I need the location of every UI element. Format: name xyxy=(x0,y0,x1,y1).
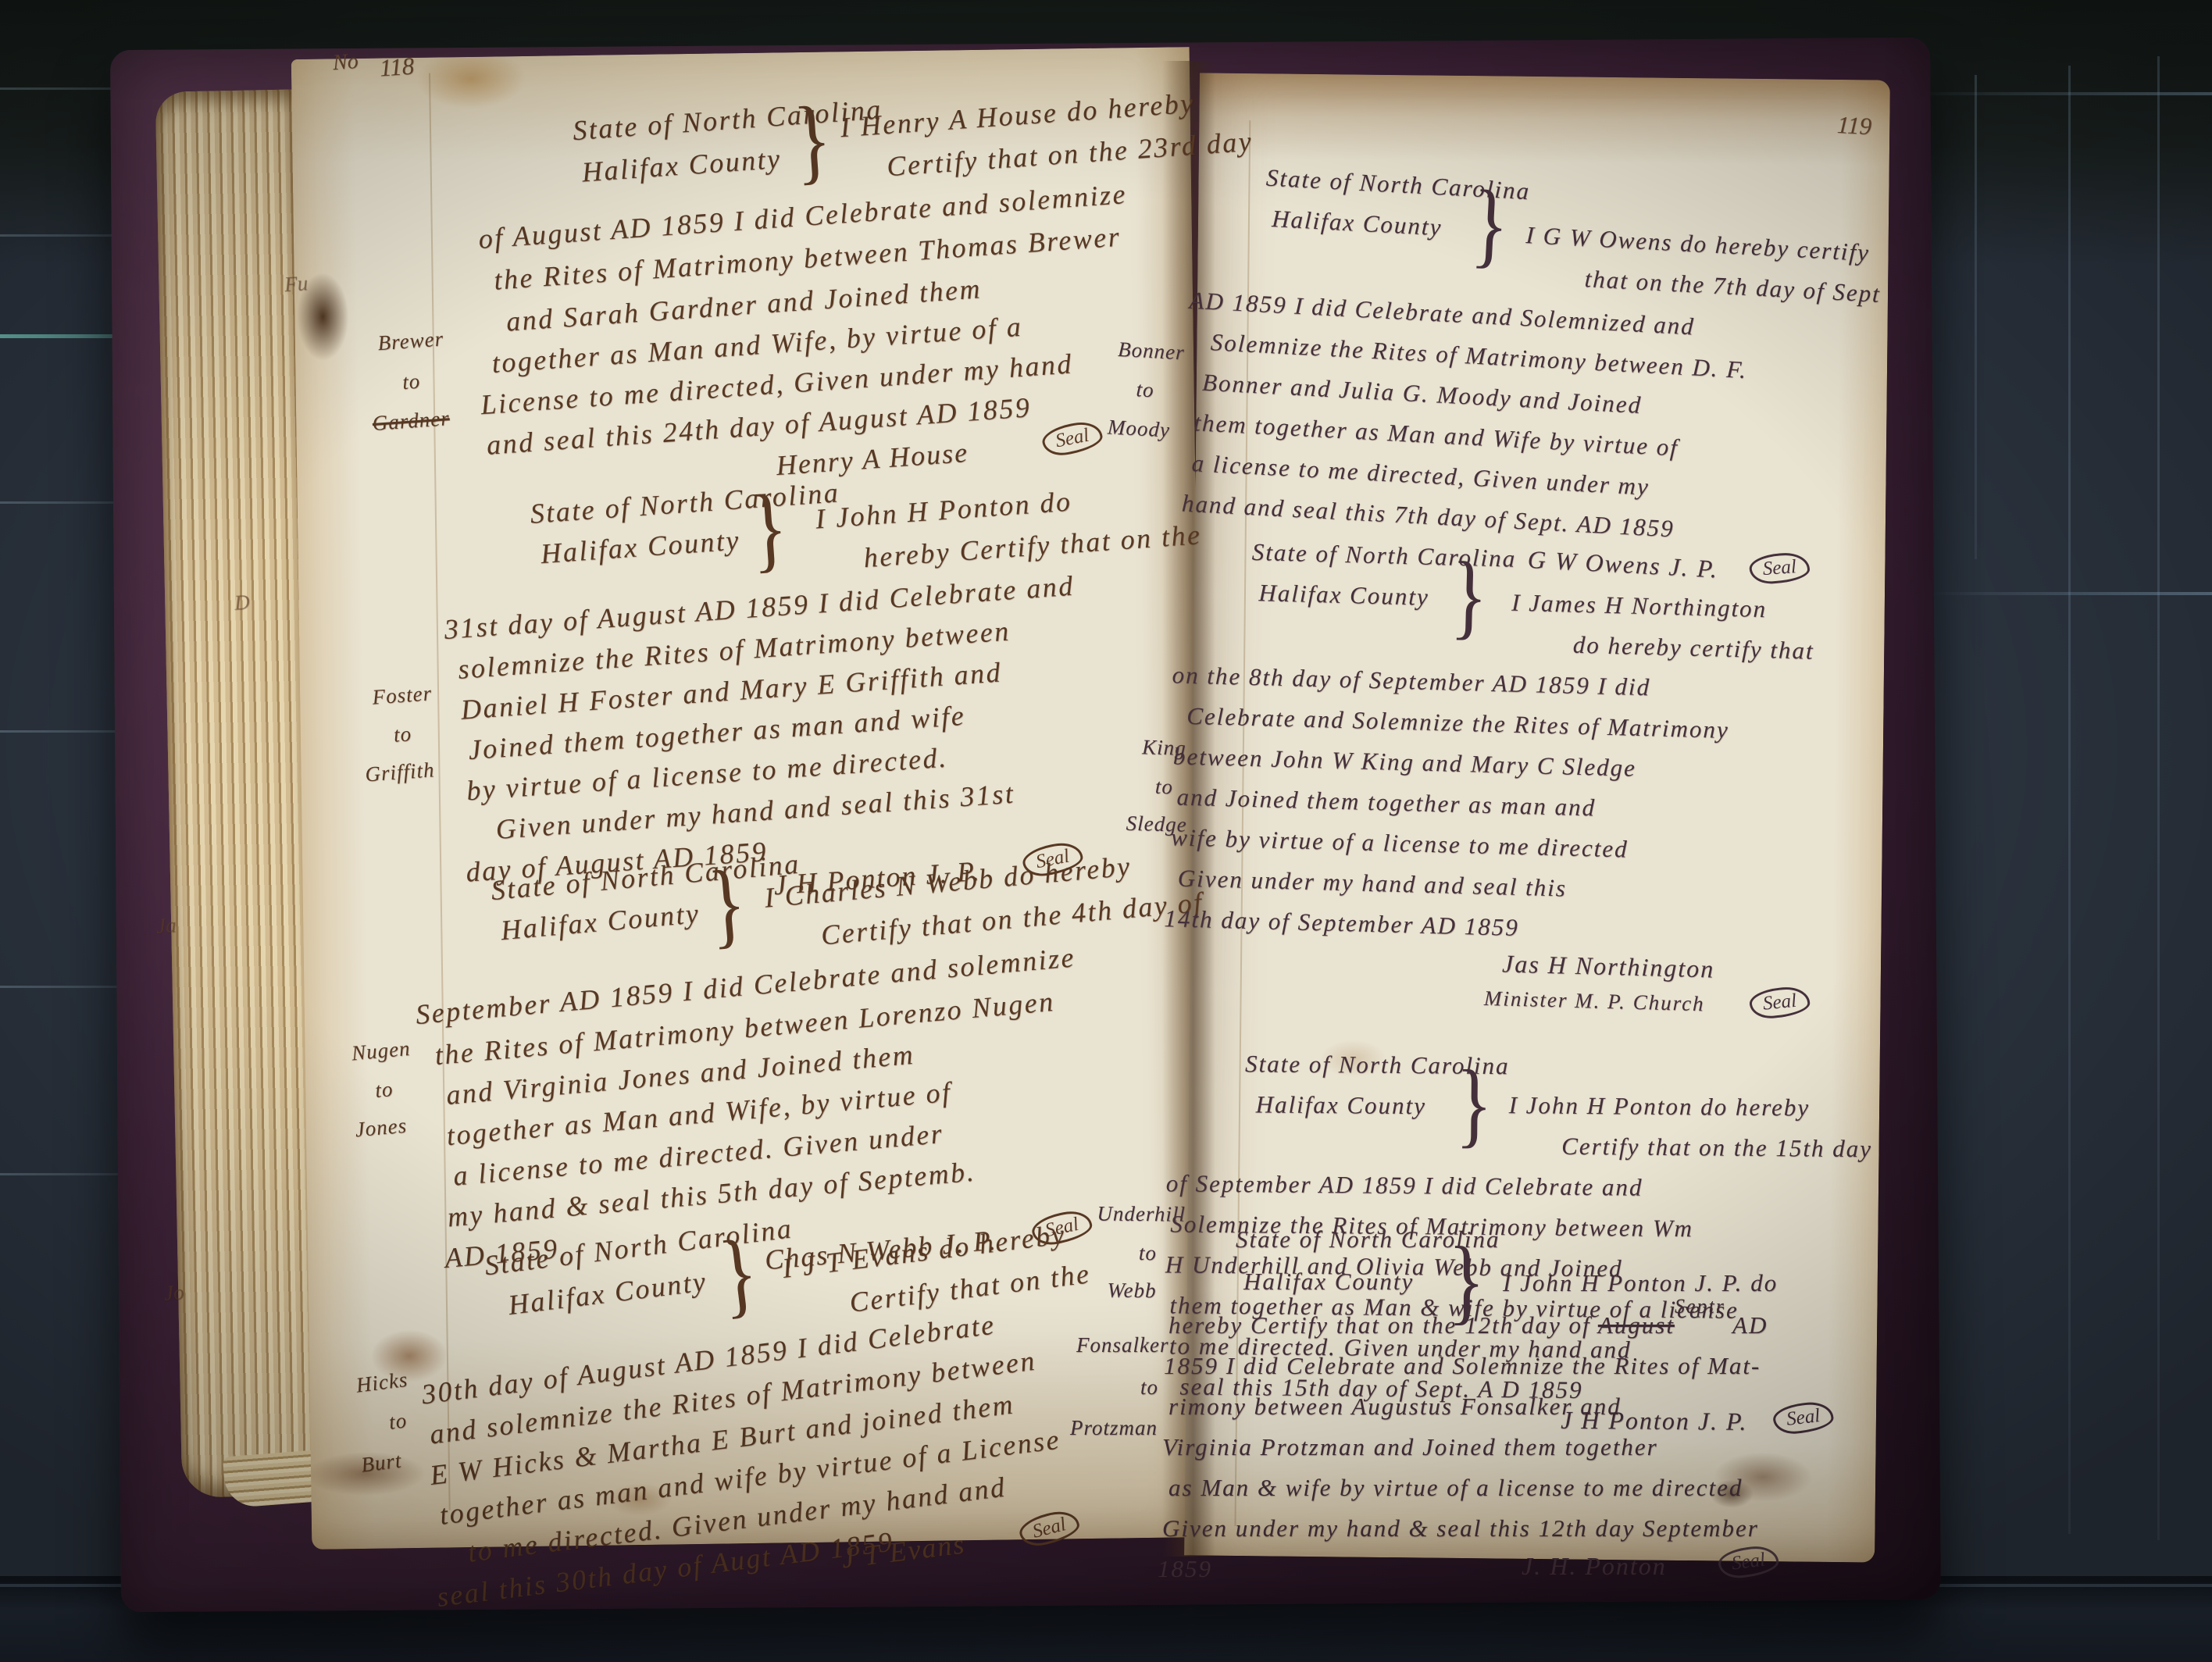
shelf-groove-line xyxy=(1906,92,2212,95)
struck-out-month: August xyxy=(1598,1311,1675,1339)
page-number: 119 xyxy=(1836,111,1872,141)
margin-groom-name: Bonner xyxy=(1118,337,1186,365)
entry-county-heading: Halifax County xyxy=(1258,579,1429,612)
entry-line-text: AD xyxy=(1725,1311,1768,1339)
margin-connector: to xyxy=(1136,377,1155,402)
margin-connector: to xyxy=(1140,1375,1158,1400)
margin-bride-name: Griffith xyxy=(364,758,435,786)
entry-line: I G W Owens do hereby certify xyxy=(1525,221,1871,267)
entry-county-heading: Halifax County xyxy=(1243,1268,1414,1296)
register-page-right: 119 Bonner to Moody State of North Carol… xyxy=(1094,74,1906,1628)
entry-line: 1859 I did Celebrate and Solemnize the R… xyxy=(1164,1352,1761,1380)
entry-line: I James H Northington xyxy=(1511,589,1768,624)
officiant-signature: Jas H Northington xyxy=(1502,949,1715,983)
inserted-month: Septr xyxy=(1675,1295,1725,1318)
entry-line: Celebrate and Solemnize the Rites of Mat… xyxy=(1186,702,1729,744)
faint-edge-mark: D xyxy=(234,590,251,615)
entry-line: I John H Ponton do xyxy=(815,485,1073,536)
margin-connector: to xyxy=(374,1077,394,1103)
shelf-panel-line xyxy=(2157,56,2160,1540)
margin-connector: to xyxy=(1155,775,1174,800)
officiant-signature: J. H. Ponton xyxy=(1522,1552,1667,1581)
entry-line: that on the 7th day of Sept xyxy=(1584,265,1882,309)
margin-bride-name: Moody xyxy=(1107,415,1170,442)
marriage-entry-fonsalker-protzman: Fonsalker to Protzman State of North Car… xyxy=(1094,1216,1890,1622)
entry-county-heading: Halifax County xyxy=(540,523,741,570)
entry-line: as Man & wife by virtue of a license to … xyxy=(1168,1474,1743,1502)
entry-county-heading: Halifax County xyxy=(1256,1090,1427,1120)
entry-line: between John W King and Mary C Sledge xyxy=(1173,742,1637,783)
entry-line: Given under my hand & seal this 12th day… xyxy=(1162,1514,1759,1543)
margin-connector: to xyxy=(387,1408,409,1435)
curly-brace-icon: } xyxy=(791,91,834,189)
margin-groom-name: Foster xyxy=(372,681,433,709)
entry-line: Certify that on the 15th day xyxy=(1561,1132,1872,1163)
faint-edge-mark: Ja xyxy=(155,913,177,939)
register-page-left: No 118 Brewer to Gardner State of North … xyxy=(305,47,1199,1570)
entry-line-text: hereby Certify that on the 12th day of xyxy=(1168,1311,1598,1339)
marriage-entry-king-sledge: King to Sledge State of North Carolina H… xyxy=(1087,500,1896,1020)
margin-bride-name: Gardner xyxy=(372,406,451,436)
margin-bride-name: Protzman xyxy=(1070,1416,1158,1440)
entry-line: 14th day of September AD 1859 xyxy=(1164,904,1519,942)
officiant-title: Minister M. P. Church xyxy=(1484,986,1705,1016)
entry-county-heading: Halifax County xyxy=(581,142,783,189)
entry-line: wife by virtue of a license to me direct… xyxy=(1171,823,1629,863)
entry-line: I John H Ponton do hereby xyxy=(1509,1091,1811,1122)
margin-bride-name: Burt xyxy=(360,1448,403,1477)
shelf-panel-line xyxy=(1975,75,1977,559)
entry-line: Given under my hand and seal this xyxy=(1177,865,1567,903)
curly-brace-icon: } xyxy=(747,480,790,577)
margin-groom-name: Fonsalker xyxy=(1076,1333,1168,1357)
entry-line: do hereby certify that xyxy=(1572,631,1814,665)
seal-stamp: Seal xyxy=(1748,985,1811,1020)
shelf-groove-line xyxy=(1929,592,2212,595)
shelf-panel-line xyxy=(2068,66,2071,1534)
margin-groom-name: Hicks xyxy=(355,1368,409,1398)
page-number: 118 xyxy=(379,52,416,83)
entry-line-with-correction: hereby Certify that on the 12th day of A… xyxy=(1168,1311,1768,1339)
entry-line: I John H Ponton J. P. do xyxy=(1503,1269,1778,1297)
curly-brace-icon: } xyxy=(1450,548,1489,645)
curly-brace-icon: } xyxy=(1455,1057,1493,1153)
entry-line: Virginia Protzman and Joined them togeth… xyxy=(1162,1433,1658,1461)
entry-state-heading: State of North Carolina xyxy=(572,93,883,148)
entry-line: on the 8th day of September AD 1859 I di… xyxy=(1172,661,1650,701)
entry-line: rimony between Augustus Fonsalker and xyxy=(1168,1393,1622,1421)
margin-bride-name: Jones xyxy=(354,1114,408,1143)
margin-groom-name: Brewer xyxy=(377,326,444,355)
entry-county-heading: Halifax County xyxy=(499,897,701,947)
seal-stamp: Seal xyxy=(1717,1543,1780,1580)
entry-county-heading: Halifax County xyxy=(1271,205,1443,241)
margin-groom-name: Nugen xyxy=(351,1036,412,1065)
entry-line: 1859 xyxy=(1158,1555,1212,1583)
seal-stamp: Seal xyxy=(1016,1507,1082,1550)
page-number-label: No xyxy=(332,49,359,76)
faint-edge-mark: Jo xyxy=(163,1280,185,1306)
photo-of-marriage-register: { "book": { "title_context": "Halifax Co… xyxy=(0,0,2212,1662)
curly-brace-icon: } xyxy=(1469,176,1511,273)
margin-connector: to xyxy=(401,369,421,395)
margin-connector: to xyxy=(393,722,412,747)
entry-line: and Joined them together as man and xyxy=(1176,783,1596,822)
entry-line: of September AD 1859 I did Celebrate and xyxy=(1166,1169,1643,1201)
